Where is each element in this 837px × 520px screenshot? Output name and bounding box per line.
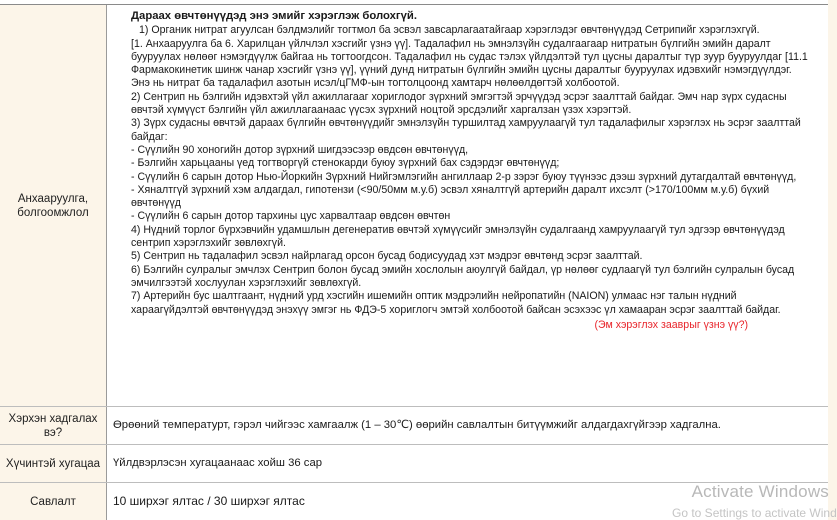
- product-info-table: Анхааруулга, болгоомжлол Дараах өвчтөнүү…: [0, 4, 828, 520]
- precautions-paragraphs: [1. Анхааруулга ба 6. Харилцан үйлчлэл х…: [131, 38, 808, 317]
- precaution-paragraph: 5) Сентрип нь тадалафил эсвэл найрлагад …: [131, 250, 808, 263]
- precaution-paragraph: 6) Бэлгийн сулралыг эмчлэх Сентрип болон…: [131, 264, 808, 291]
- shelf-life-value: Үйлдвэрлэсэн хугацаанаас хойш 36 сар: [107, 445, 828, 482]
- contraindication-item-1: 1) Органик нитрат агуулсан бэлдмэлийг то…: [135, 24, 808, 37]
- precautions-label: Анхааруулга, болгоомжлол: [0, 5, 107, 406]
- right-edge-strip: [828, 0, 837, 520]
- storage-value: Өрөөний температурт, гэрэл чийгээс хамга…: [107, 407, 828, 444]
- precautions-content: Дараах өвчтөнүүдэд энэ эмийг хэрэглэж бо…: [107, 5, 828, 406]
- precaution-paragraph: - Хяналтгүй зүрхний хэм алдагдал, гипоте…: [131, 184, 808, 211]
- precaution-paragraph: - Бэлгийн харьцааны үед тогтворгүй стено…: [131, 157, 808, 170]
- precaution-paragraph: 3) Зүрх судасны өвчтэй дараах бүлгийн өв…: [131, 117, 808, 144]
- precaution-paragraph: - Сүүлийн 6 сарын дотор Нью-Йоркийн Зүрх…: [131, 171, 808, 184]
- storage-label: Хэрхэн хадгалах вэ?: [0, 407, 107, 444]
- precautions-row: Анхааруулга, болгоомжлол Дараах өвчтөнүү…: [0, 5, 828, 407]
- contraindications-heading: Дараах өвчтөнүүдэд энэ эмийг хэрэглэж бо…: [131, 10, 808, 23]
- packaging-label: Савлалт: [0, 483, 107, 520]
- shelf-life-label: Хүчинтэй хугацаа: [0, 445, 107, 482]
- shelf-life-row: Хүчинтэй хугацаа Үйлдвэрлэсэн хугацаанаа…: [0, 445, 828, 483]
- activate-windows-subtitle: Go to Settings to activate Windows.: [672, 506, 837, 520]
- precaution-paragraph: 4) Нүдний торлог бүрхэвчийн удамшлын дег…: [131, 224, 808, 251]
- precaution-paragraph: [1. Анхааруулга ба 6. Харилцан үйлчлэл х…: [131, 38, 808, 91]
- precaution-paragraph: 7) Артерийн бус шалтгаант, нүдний урд хэ…: [131, 290, 808, 317]
- precaution-paragraph: - Сүүлийн 6 сарын дотор тархины цус харв…: [131, 210, 808, 223]
- activate-windows-watermark: Activate Windows: [692, 482, 829, 502]
- precaution-paragraph: - Сүүлийн 90 хоногийн дотор зүрхний шигд…: [131, 144, 808, 157]
- precaution-paragraph: 2) Сентрип нь бэлгийн идэвхтэй үйл ажилл…: [131, 91, 808, 118]
- instructions-link[interactable]: (Эм хэрэглэх зааврыг үзнэ үү?): [131, 319, 808, 332]
- storage-row: Хэрхэн хадгалах вэ? Өрөөний температурт,…: [0, 407, 828, 445]
